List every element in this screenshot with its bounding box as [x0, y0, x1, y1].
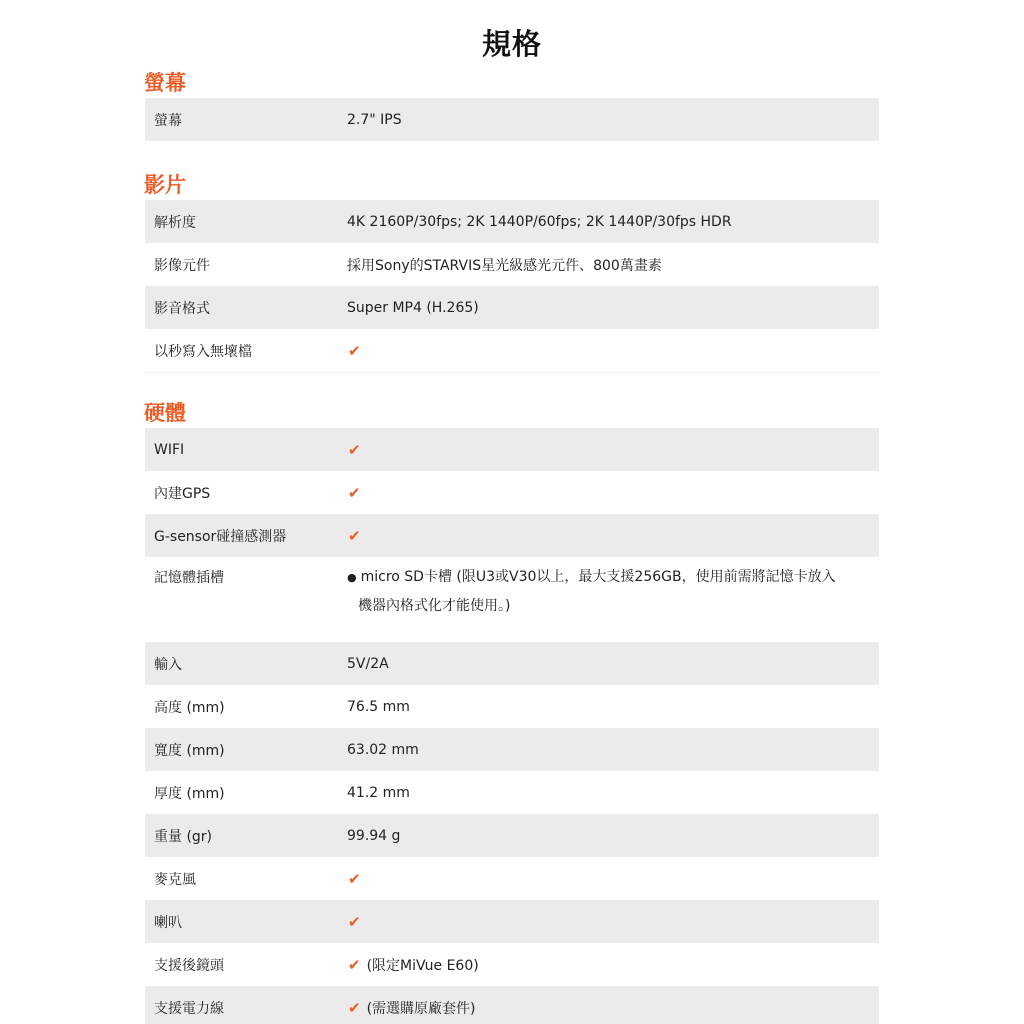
spec-value: 41.2 mm [347, 785, 879, 801]
spec-row-input: 輸入 5V/2A [145, 642, 879, 685]
spec-row-power-cable: 支援電力線 ✔ (需選購原廠套件) [145, 986, 879, 1024]
spec-value: 99.94 g [347, 828, 879, 844]
spec-row-memory-slot: 記憶體插槽 ●micro SD卡槽 (限U3或V30以上，最大支援256GB，使… [145, 557, 879, 642]
section-title-video: 影片 [144, 170, 879, 200]
spec-label: 影像元件 [145, 255, 347, 275]
check-icon: ✔ [348, 342, 361, 360]
spec-label: G-sensor碰撞感測器 [145, 526, 347, 546]
spec-label: 支援電力線 [145, 998, 347, 1018]
spec-label: 支援後鏡頭 [145, 955, 347, 975]
spec-label: 高度 (mm) [145, 697, 347, 717]
spec-label: WIFI [145, 442, 347, 458]
spec-row-screen: 螢幕 2.7" IPS [145, 98, 879, 141]
spec-row-gsensor: G-sensor碰撞感測器 ✔ [145, 514, 879, 557]
section-video: 影片 解析度 4K 2160P/30fps; 2K 1440P/60fps; 2… [145, 170, 879, 373]
page-title: 規格 [0, 22, 1024, 63]
spec-value-continued: 機器內格式化才能使用。) [347, 592, 879, 620]
spec-value: 4K 2160P/30fps; 2K 1440P/60fps; 2K 1440P… [347, 214, 879, 230]
spec-value: 2.7" IPS [347, 112, 879, 128]
spec-value: micro SD卡槽 (限U3或V30以上，最大支援256GB，使用前需將記憶卡… [361, 569, 836, 585]
spec-label: 輸入 [145, 654, 347, 674]
spec-row-wifi: WIFI ✔ [145, 428, 879, 471]
spec-row-resolution: 解析度 4K 2160P/30fps; 2K 1440P/60fps; 2K 1… [145, 200, 879, 243]
spec-value: 採用Sony的STARVIS星光級感光元件、800萬畫素 [347, 255, 879, 275]
check-icon: ✔ [348, 484, 361, 502]
check-icon: ✔ [348, 999, 361, 1017]
spec-label: 內建GPS [145, 483, 347, 503]
spec-label: 喇叭 [145, 912, 347, 932]
check-icon: ✔ [348, 870, 361, 888]
spec-label: 解析度 [145, 212, 347, 232]
check-icon: ✔ [348, 913, 361, 931]
spec-label: 以秒寫入無壞檔 [145, 341, 347, 361]
spec-label: 螢幕 [145, 110, 347, 130]
section-display: 螢幕 螢幕 2.7" IPS [145, 68, 879, 141]
spec-label: 寬度 (mm) [145, 740, 347, 760]
section-title-display: 螢幕 [144, 68, 879, 98]
spec-label: 重量 (gr) [145, 826, 347, 846]
spec-row-gps: 內建GPS ✔ [145, 471, 879, 514]
spec-note: (限定MiVue E60) [367, 955, 479, 975]
spec-row-microphone: 麥克風 ✔ [145, 857, 879, 900]
spec-row-depth: 厚度 (mm) 41.2 mm [145, 771, 879, 814]
spec-value: Super MP4 (H.265) [347, 300, 879, 316]
spec-row-video-format: 影音格式 Super MP4 (H.265) [145, 286, 879, 329]
check-icon: ✔ [348, 527, 361, 545]
spec-label: 記憶體插槽 [145, 557, 347, 588]
spec-row-height: 高度 (mm) 76.5 mm [145, 685, 879, 728]
spec-row-rear-camera: 支援後鏡頭 ✔ (限定MiVue E60) [145, 943, 879, 986]
spec-row-image-sensor: 影像元件 採用Sony的STARVIS星光級感光元件、800萬畫素 [145, 243, 879, 286]
spec-label: 影音格式 [145, 298, 347, 318]
spec-note: (需選購原廠套件) [367, 998, 476, 1018]
spec-row-width: 寬度 (mm) 63.02 mm [145, 728, 879, 771]
spec-label: 麥克風 [145, 869, 347, 889]
spec-row-speaker: 喇叭 ✔ [145, 900, 879, 943]
check-icon: ✔ [348, 956, 361, 974]
spec-row-weight: 重量 (gr) 99.94 g [145, 814, 879, 857]
spec-label: 厚度 (mm) [145, 783, 347, 803]
spec-value: 5V/2A [347, 656, 879, 672]
spec-row-instant-write: 以秒寫入無壞檔 ✔ [145, 329, 879, 373]
spec-value: 76.5 mm [347, 699, 879, 715]
bullet-icon: ● [347, 571, 357, 584]
section-hardware: 硬體 WIFI ✔ 內建GPS ✔ G-sensor碰撞感測器 ✔ 記憶體插槽 … [145, 398, 879, 1024]
check-icon: ✔ [348, 441, 361, 459]
spec-value: 63.02 mm [347, 742, 879, 758]
section-title-hardware: 硬體 [144, 398, 879, 428]
